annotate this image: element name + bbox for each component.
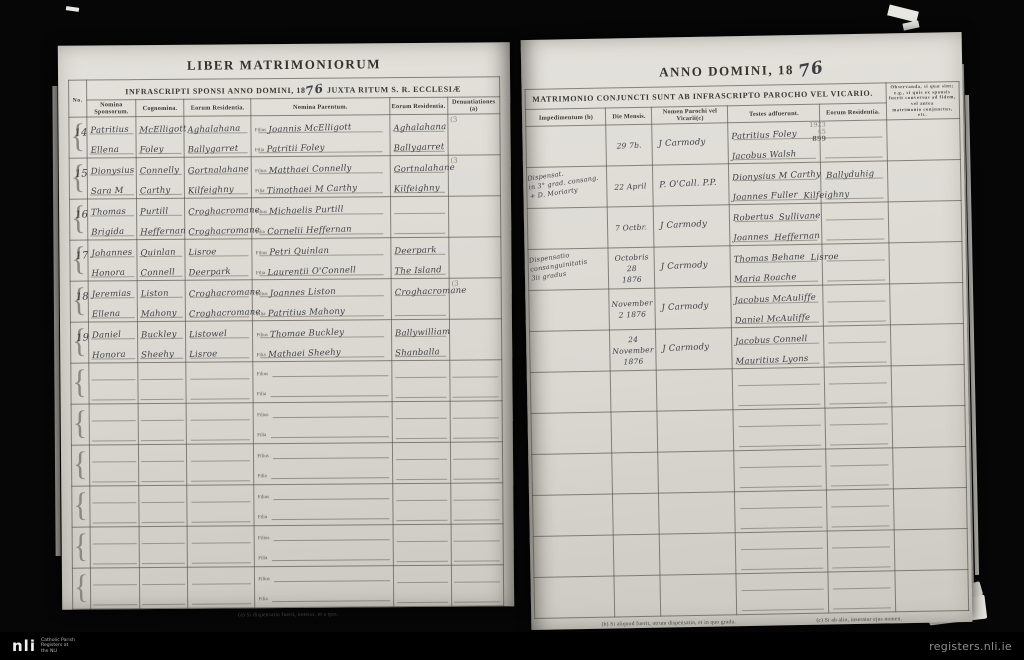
row-brace: { bbox=[73, 485, 88, 525]
left-page-title: LIBER MATRIMONIORUM bbox=[58, 55, 510, 75]
hw-text: The Island bbox=[394, 263, 442, 279]
cell-denuntiationes bbox=[451, 483, 504, 524]
hw-text: Jacobus Walsh bbox=[732, 147, 797, 164]
hw-text: Sullivane bbox=[779, 209, 821, 225]
cell-priest bbox=[657, 369, 734, 411]
hw-text: Purtill bbox=[140, 205, 169, 220]
cell-impedimentum bbox=[531, 371, 612, 413]
cell-parents: FiliusPetri QuinlanFiliaLaurentii O'Conn… bbox=[252, 238, 391, 280]
nli-logo-caption: Catholic Parish Registers at the NLI bbox=[41, 638, 75, 655]
register-row: {14 PatritiusEllena McElligottFoley Agha… bbox=[69, 114, 500, 158]
observanda-note: Observanda, si quæ sint; e.g., si quis e… bbox=[886, 82, 959, 119]
cell-witness-residence bbox=[825, 366, 892, 408]
cell-residence bbox=[186, 403, 253, 445]
cell-priest: J Carmody bbox=[654, 205, 731, 247]
cell-witnesses: Jacobus McAuliffe Daniel McAuliffe bbox=[731, 285, 824, 328]
cell-date: November2 1876 bbox=[609, 288, 656, 330]
filius-label: Filius bbox=[258, 495, 269, 500]
cell-witnesses bbox=[735, 490, 828, 533]
cell-surnames: ConnellyCarthy bbox=[136, 157, 184, 198]
hw-text: Timothaei M Carthy bbox=[266, 181, 357, 198]
cell-witnesses bbox=[736, 572, 829, 615]
filius-label: Filius bbox=[257, 372, 268, 377]
rule-line bbox=[270, 436, 388, 438]
cell-parents: FiliusThomae BuckleyFiliaMathaei Sheehy bbox=[253, 320, 392, 362]
cell-impedimentum bbox=[534, 535, 615, 577]
col-parents: Nomina Parentum. bbox=[251, 98, 389, 116]
hw-text: Patritii Foley bbox=[266, 141, 325, 157]
hw-text: P. O'Call. P.P. bbox=[659, 176, 717, 193]
cell-sponsors bbox=[89, 404, 138, 445]
cell-surnames bbox=[139, 526, 187, 567]
hw-text: Thomas bbox=[91, 205, 126, 220]
hw-text: Connell bbox=[140, 265, 175, 280]
hw-text: Aghalahana bbox=[393, 120, 446, 136]
cell-surnames bbox=[139, 485, 187, 526]
hw-text: Mathaei Sheehy bbox=[268, 346, 341, 362]
conjuncti-table: MATRIMONIO CONJUNCTI SUNT AB INFRASCRIPT… bbox=[525, 81, 969, 619]
cell-observanda bbox=[891, 406, 965, 448]
cell-parents: FiliusMichaelis PurtillFiliaCornelii Hef… bbox=[252, 197, 391, 239]
cell-priest: J Carmody bbox=[652, 123, 729, 165]
cell-observanda bbox=[893, 488, 967, 530]
cell-denuntiationes: (3 bbox=[448, 155, 501, 196]
col-denuntiationes: Denuntiationes (a) bbox=[447, 97, 499, 114]
cell-priest bbox=[657, 410, 734, 452]
hw-text: Lisroe bbox=[188, 245, 217, 260]
register-row: {17 JohannesHonora QuinlanConnell Lisroe… bbox=[70, 237, 501, 281]
hw-text: 7 Octbr. bbox=[615, 221, 648, 233]
hw-text: Croghacromane bbox=[189, 305, 261, 321]
cell-witness-residence bbox=[820, 120, 887, 162]
hw-text: Mauritius Lyons bbox=[736, 352, 810, 369]
cell-parents-residence bbox=[392, 483, 450, 524]
hw-text: November bbox=[612, 344, 654, 357]
cell-observanda bbox=[894, 569, 968, 611]
cell-priest: J Carmody bbox=[655, 287, 732, 329]
hw-text: Honora bbox=[92, 348, 126, 363]
cell-impedimentum bbox=[529, 289, 610, 331]
rule-line bbox=[271, 559, 389, 561]
cell-impedimentum bbox=[530, 330, 611, 372]
scan-speck bbox=[66, 6, 79, 12]
row-number: 15 bbox=[75, 167, 89, 181]
cell-surnames bbox=[138, 403, 186, 444]
register-row: {19 DanielHonora BuckleySheehy ListowelL… bbox=[70, 319, 501, 363]
hw-text: Croghacromane bbox=[188, 203, 260, 219]
cell-priest: J Carmody bbox=[654, 246, 731, 288]
blank-register-row: { Filius Filia bbox=[71, 401, 502, 445]
cell-residence: CroghacromaneCroghacromane bbox=[185, 198, 252, 240]
cell-observanda bbox=[886, 119, 960, 161]
scan-speck bbox=[902, 20, 919, 30]
filia-label: Filia bbox=[258, 515, 267, 520]
cell-surnames bbox=[138, 362, 186, 403]
cell-sponsors bbox=[90, 486, 139, 527]
hw-text: Buckley bbox=[141, 327, 177, 342]
hw-text: Carthy bbox=[140, 184, 171, 199]
hw-text: Octobris bbox=[614, 251, 649, 264]
rule-line bbox=[273, 539, 389, 541]
rule-line bbox=[270, 395, 388, 397]
cell-witnesses bbox=[734, 449, 827, 492]
blank-register-row: { Filius Filia bbox=[71, 442, 502, 486]
rule-line bbox=[271, 477, 389, 479]
cell-sponsors bbox=[90, 568, 139, 609]
hw-text: Ballywilliam bbox=[394, 325, 450, 341]
cell-residence: CroghacromaneCroghacromane bbox=[185, 280, 252, 322]
cell-surnames: PurtillHeffernan bbox=[137, 198, 185, 239]
cell-priest bbox=[659, 492, 736, 534]
cell-parents-residence bbox=[390, 196, 448, 237]
banns-mark: (3 bbox=[450, 116, 457, 124]
hw-text: J Carmody bbox=[661, 258, 709, 274]
cell-parents-residence: Croghacromane bbox=[391, 278, 449, 319]
filia-label: Filia bbox=[257, 353, 266, 358]
rule-line bbox=[274, 580, 390, 582]
cell-sponsors bbox=[89, 363, 138, 404]
banns-mark: (3 bbox=[451, 280, 458, 288]
cell-date bbox=[612, 452, 659, 494]
hw-text: Joannes Liston bbox=[269, 285, 336, 301]
hw-text: Heffernan bbox=[774, 229, 820, 245]
cell-observanda bbox=[887, 160, 961, 202]
filia-label: Filia bbox=[255, 189, 264, 194]
hw-text: Joannes bbox=[733, 230, 769, 246]
cell-impedimentum: Dispensat.in 3° grad. consang.+ D. Moria… bbox=[527, 166, 608, 208]
hw-text: Croghacromane bbox=[189, 285, 261, 301]
filia-label: Filia bbox=[256, 312, 265, 317]
hw-text: Thomae Buckley bbox=[270, 326, 345, 343]
hw-text: Deerpark bbox=[394, 243, 437, 258]
hw-text: Foley bbox=[140, 143, 165, 158]
handwritten-year: 76 bbox=[797, 57, 826, 82]
right-table-body: 29 7b. J Carmody Patritius Foley Jacobus… bbox=[526, 119, 968, 619]
rule-line bbox=[273, 457, 389, 459]
register-row: {18 JeremiasEllena ListonMahony Croghacr… bbox=[70, 278, 501, 322]
hw-text: Johannes bbox=[91, 246, 132, 261]
scan-speck bbox=[887, 5, 919, 23]
cell-witness-residence bbox=[828, 530, 895, 572]
hw-text: Gortnalahane bbox=[188, 162, 250, 178]
cell-date bbox=[614, 575, 661, 617]
filia-label: Filia bbox=[256, 271, 265, 276]
cell-sponsors: DanielHonora bbox=[88, 322, 137, 363]
cell-denuntiationes: (3 bbox=[449, 278, 502, 319]
filius-label: Filius bbox=[257, 454, 268, 459]
hw-text: Mahony bbox=[141, 306, 177, 321]
cell-parents-residence: AghalahanaBallygarret bbox=[389, 114, 447, 155]
hw-text: Dionysius bbox=[91, 164, 135, 179]
cell-parents: Filius Filia bbox=[253, 402, 392, 444]
viewer-footer: nli Catholic Parish Registers at the NLI… bbox=[0, 632, 1024, 660]
cell-denuntiationes bbox=[449, 319, 502, 360]
cell-sponsors bbox=[89, 445, 138, 486]
cell-witnesses bbox=[733, 367, 826, 410]
row-number: 17 bbox=[75, 249, 89, 263]
row-brace: { bbox=[73, 403, 88, 443]
cell-impedimentum bbox=[534, 576, 615, 618]
col-testes: Testes adfuerunt. bbox=[728, 104, 820, 123]
cell-date: Octobris281876 bbox=[608, 247, 655, 289]
footnote-b: (b) Si aliquod fuerit, utrum dispensatio… bbox=[602, 619, 737, 627]
filia-label: Filia bbox=[258, 474, 267, 479]
filia-label: Filia bbox=[257, 433, 266, 438]
cell-parents: FiliusJoannis McElligottFiliaPatritii Fo… bbox=[251, 115, 390, 157]
cell-parents-residence: BallywilliamShanballa bbox=[391, 319, 449, 360]
cell-date: 22 April bbox=[607, 165, 654, 207]
nli-logo: nli Catholic Parish Registers at the NLI bbox=[12, 638, 75, 655]
hw-text: Ballygarret bbox=[188, 142, 239, 158]
left-footnote: (a) Si dispensatio fuerit, notetur, et a… bbox=[62, 610, 514, 620]
filia-label: Filia bbox=[256, 230, 265, 235]
row-brace: { bbox=[72, 362, 87, 402]
filia-label: Filia bbox=[257, 392, 266, 397]
hw-text: McElligott bbox=[139, 122, 187, 138]
footnote-c: (c) Si ab alio, inseratur ejus nomen. bbox=[816, 616, 902, 624]
hw-text: Lisroe bbox=[189, 347, 218, 362]
cell-observanda bbox=[891, 365, 965, 407]
cell-denuntiationes bbox=[449, 237, 502, 278]
cell-witness-residence bbox=[824, 325, 891, 367]
hw-text: Deerpark bbox=[189, 265, 232, 280]
hw-text: Patritius bbox=[90, 123, 129, 138]
cell-witnesses: Dionysius M CarthyBallyduhig Joannes Ful… bbox=[729, 162, 822, 205]
cell-witness-residence bbox=[828, 571, 895, 613]
cell-sponsors: JohannesHonora bbox=[88, 240, 137, 281]
hw-text: 24 bbox=[628, 333, 638, 344]
filius-label: Filius bbox=[255, 169, 266, 174]
hw-text: Laurentii O'Connell bbox=[267, 263, 356, 280]
cell-denuntiationes bbox=[451, 565, 504, 606]
register-scan-viewer: LIBER MATRIMONIORUM No. INFRASCRIPTI SPO… bbox=[0, 0, 1024, 660]
cell-observanda bbox=[892, 447, 966, 489]
hw-text: Quinlan bbox=[140, 245, 176, 260]
filia-label: Filia bbox=[258, 556, 267, 561]
cell-residence bbox=[188, 567, 255, 609]
cell-parents-residence bbox=[392, 401, 450, 442]
hw-text: Connelly bbox=[140, 163, 180, 178]
cell-residence: GortnalahaneKilfeighny bbox=[184, 157, 251, 199]
cell-sponsors: ThomasBrigida bbox=[88, 199, 137, 240]
hw-text: Heffernan bbox=[140, 224, 186, 240]
hw-text: 1876 bbox=[623, 355, 643, 367]
hw-text: Aghalahana bbox=[187, 122, 240, 138]
cell-denuntiationes bbox=[448, 196, 501, 237]
cell-observanda bbox=[889, 283, 963, 325]
cell-witness-residence bbox=[825, 407, 892, 449]
cell-observanda bbox=[888, 242, 962, 284]
hw-text: Daniel bbox=[92, 328, 121, 343]
hw-text: Liston bbox=[141, 287, 169, 302]
filius-label: Filius bbox=[256, 292, 267, 297]
cell-date: 29 7b. bbox=[606, 124, 653, 166]
col-parochus: Nomen Parochi vel Vicarii(c) bbox=[652, 106, 728, 124]
cell-date bbox=[614, 534, 661, 576]
hw-text: Gortnalahane bbox=[393, 161, 455, 177]
cell-observanda bbox=[894, 528, 968, 570]
cell-observanda bbox=[890, 324, 964, 366]
col-surnames: Cognomina. bbox=[136, 99, 184, 116]
hw-text: J Carmody bbox=[662, 340, 710, 356]
cell-parents: FiliusJoannes ListonFiliaPatritius Mahon… bbox=[252, 279, 391, 321]
hw-text: Shanballa bbox=[395, 345, 440, 361]
hw-text: Sara M bbox=[91, 184, 124, 199]
filia-label: Filia bbox=[258, 597, 267, 602]
blank-register-row: { Filius Filia bbox=[71, 360, 502, 404]
cell-residence bbox=[187, 444, 254, 486]
col-observanda: Observanda, si quæ sint; e.g., si quis e… bbox=[886, 82, 960, 120]
col-sponsors: Nomina Sponsorum. bbox=[87, 100, 136, 117]
cell-date bbox=[611, 411, 658, 453]
filius-label: Filius bbox=[255, 128, 266, 133]
cell-denuntiationes bbox=[450, 401, 503, 442]
cell-residence bbox=[187, 526, 254, 568]
banns-mark: (3 bbox=[450, 157, 457, 165]
blank-register-row: { Filius Filia bbox=[72, 524, 503, 568]
cell-residence: AghalahanaBallygarret bbox=[184, 116, 251, 158]
cell-witnesses: Jacobus Connell Mauritius Lyons bbox=[732, 326, 825, 369]
row-number: 14 bbox=[74, 126, 88, 140]
handwritten-year: 76 bbox=[305, 81, 326, 98]
cell-surnames bbox=[139, 444, 187, 485]
hw-text: Joannes Fuller bbox=[733, 188, 799, 205]
col-testes-residence: Eorum Residentia. bbox=[820, 103, 886, 121]
cell-parents: Filius Filia bbox=[254, 484, 393, 526]
hw-text: 28 bbox=[627, 262, 637, 273]
cell-witnesses: RobertusSullivane JoannesHeffernan bbox=[730, 203, 823, 246]
cell-date bbox=[613, 493, 660, 535]
row-number: 16 bbox=[75, 208, 89, 222]
cell-sponsors: DionysiusSara M bbox=[87, 158, 136, 199]
cell-impedimentum bbox=[531, 412, 612, 454]
hw-text: J Carmody bbox=[660, 217, 708, 233]
filius-label: Filius bbox=[256, 333, 267, 338]
rule-line bbox=[273, 498, 389, 500]
hw-text: 22 April bbox=[614, 180, 647, 192]
cell-impedimentum: Dispensatioconsanguinitatis3ii gradus bbox=[528, 248, 609, 290]
left-table-body: {14 PatritiusEllena McElligottFoley Agha… bbox=[69, 114, 504, 609]
cell-surnames: BuckleySheehy bbox=[138, 321, 186, 362]
hw-text: Ballygarret bbox=[393, 140, 444, 156]
hw-text: 29 7b. bbox=[617, 139, 643, 151]
cell-parents: Filius Filia bbox=[254, 443, 393, 485]
sponsi-table: No. INFRASCRIPTI SPONSI ANNO DOMINI, 187… bbox=[68, 76, 504, 609]
cell-witnesses bbox=[733, 408, 826, 451]
cell-priest bbox=[660, 533, 737, 575]
hw-text: Ellena bbox=[90, 143, 119, 158]
hw-text: Sheehy bbox=[141, 347, 174, 362]
cell-residence: LisroeDeerpark bbox=[185, 239, 252, 281]
cell-surnames: QuinlanConnell bbox=[137, 239, 185, 280]
cell-residence bbox=[186, 362, 253, 404]
nli-logo-mark: nli bbox=[12, 639, 36, 654]
cell-witnesses: Thomas BehaneLisroe Maria Roache bbox=[730, 244, 823, 287]
hw-text: Michaelis Purtill bbox=[269, 203, 344, 220]
register-row: {15 DionysiusSara M ConnellyCarthy Gortn… bbox=[69, 155, 500, 199]
cell-impedimentum bbox=[533, 494, 614, 536]
right-register-page: ANNO DOMINI, 18 76 MATRIMONIO CONJUNCTI … bbox=[521, 32, 973, 630]
cell-date: 7 Octbr. bbox=[608, 206, 655, 248]
cell-parents-residence bbox=[393, 565, 451, 606]
filius-label: Filius bbox=[258, 577, 269, 582]
hw-text: J Carmody bbox=[662, 299, 710, 315]
col-residence: Eorum Residentia. bbox=[184, 99, 251, 117]
hw-text: 1876 bbox=[622, 273, 642, 285]
cell-parents: Filius Filia bbox=[254, 525, 393, 567]
hw-text: Honora bbox=[91, 266, 125, 281]
cell-priest: J Carmody bbox=[656, 328, 733, 370]
hw-text: Ellena bbox=[92, 307, 121, 322]
blank-register-row: { Filius Filia bbox=[72, 565, 503, 609]
left-register-page: LIBER MATRIMONIORUM No. INFRASCRIPTI SPO… bbox=[58, 42, 514, 610]
cell-parents: Filius Filia bbox=[253, 361, 392, 403]
cell-witness-residence bbox=[822, 202, 889, 244]
cell-parents: FiliusMatthaei ConnellyFiliaTimothaei M … bbox=[252, 156, 391, 198]
cell-observanda bbox=[888, 201, 962, 243]
cell-impedimentum bbox=[532, 453, 613, 495]
hw-text: Croghacromane bbox=[188, 223, 260, 239]
cell-surnames: ListonMahony bbox=[137, 280, 185, 321]
cell-parents: Filius Filia bbox=[255, 566, 394, 608]
filia-label: Filia bbox=[255, 148, 264, 153]
right-page-title: ANNO DOMINI, 18 76 bbox=[521, 56, 962, 84]
hw-text: Petri Quinlan bbox=[269, 244, 329, 260]
cell-impedimentum bbox=[528, 207, 609, 249]
cell-priest bbox=[658, 451, 735, 493]
hw-text: Patritius Mahony bbox=[267, 305, 345, 322]
cell-parents-residence: DeerparkThe Island bbox=[390, 237, 448, 278]
cell-surnames bbox=[140, 567, 188, 608]
cell-sponsors: PatritiusEllena bbox=[87, 117, 136, 158]
row-number: 19 bbox=[76, 331, 90, 345]
hw-text: J Carmody bbox=[659, 135, 707, 151]
hw-text: Robertus bbox=[733, 210, 774, 226]
cell-residence: ListowelLisroe bbox=[186, 321, 253, 363]
cell-witness-residence bbox=[827, 489, 894, 531]
blank-register-row: { Filius Filia bbox=[72, 483, 503, 527]
register-row: {16 ThomasBrigida PurtillHeffernan Crogh… bbox=[69, 196, 500, 240]
row-brace: { bbox=[74, 567, 89, 607]
blank-register-row bbox=[534, 569, 968, 618]
hw-text: Brigida bbox=[91, 225, 125, 240]
site-url: registers.nli.ie bbox=[929, 640, 1012, 653]
cell-denuntiationes bbox=[451, 524, 504, 565]
filius-label: Filius bbox=[258, 536, 269, 541]
rule-line bbox=[272, 600, 390, 602]
rule-line bbox=[272, 416, 388, 418]
rule-line bbox=[272, 375, 388, 377]
filius-label: Filius bbox=[257, 413, 268, 418]
rule-line bbox=[271, 518, 389, 520]
cell-witnesses: Patritius Foley Jacobus Walsh 192345899 bbox=[728, 121, 821, 164]
cell-denuntiationes bbox=[450, 442, 503, 483]
hw-text: Jeremias bbox=[92, 287, 132, 302]
cell-witness-residence bbox=[821, 161, 888, 203]
filius-label: Filius bbox=[256, 251, 267, 256]
row-number: 18 bbox=[76, 290, 90, 304]
hw-text: Listowel bbox=[189, 327, 227, 342]
cell-surnames: McElligottFoley bbox=[136, 116, 184, 157]
cell-priest: P. O'Call. P.P. bbox=[653, 164, 730, 206]
filius-label: Filius bbox=[255, 210, 266, 215]
hw-text: Daniel McAuliffe bbox=[735, 311, 811, 328]
hw-text: 2 1876 bbox=[619, 308, 647, 320]
no-column-header: No. bbox=[69, 80, 87, 117]
cell-impedimentum bbox=[526, 125, 607, 167]
cell-priest bbox=[660, 574, 737, 616]
cell-parents-residence: GortnalahaneKilfeighny bbox=[390, 155, 448, 196]
